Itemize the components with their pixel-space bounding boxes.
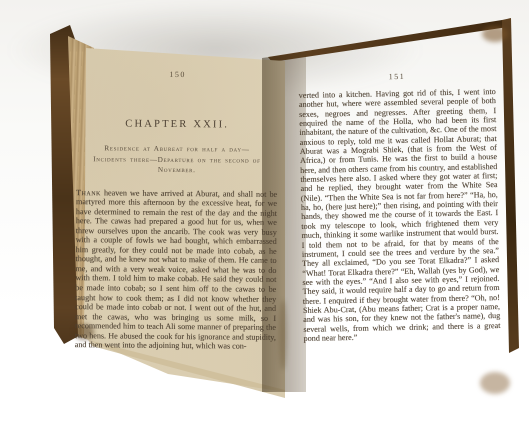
open-book-photo: 150 CHAPTER XXII. Residence at Abureat f… bbox=[0, 0, 529, 440]
left-page-content: 150 CHAPTER XXII. Residence at Abureat f… bbox=[75, 63, 278, 352]
paragraph-lead-word: Thank bbox=[76, 188, 101, 197]
chapter-subtitle: Residence at Abureat for half a day—Inci… bbox=[88, 143, 266, 176]
foxing-stain bbox=[480, 372, 510, 394]
foxing-stain bbox=[482, 26, 508, 42]
right-page-paragraph: verted into a kitchen. Having got rid of… bbox=[299, 87, 501, 343]
gutter-crease-stain bbox=[279, 300, 287, 370]
right-page-content: 151 verted into a kitchen. Having got ri… bbox=[298, 70, 500, 343]
left-page-paragraph: Thank heaven we have arrived at Aburat, … bbox=[75, 188, 277, 352]
left-page-body-text: heaven we have arrived at Aburat, and sh… bbox=[75, 188, 277, 351]
left-page-number: 150 bbox=[77, 69, 278, 80]
chapter-heading: CHAPTER XXII. bbox=[77, 118, 278, 131]
